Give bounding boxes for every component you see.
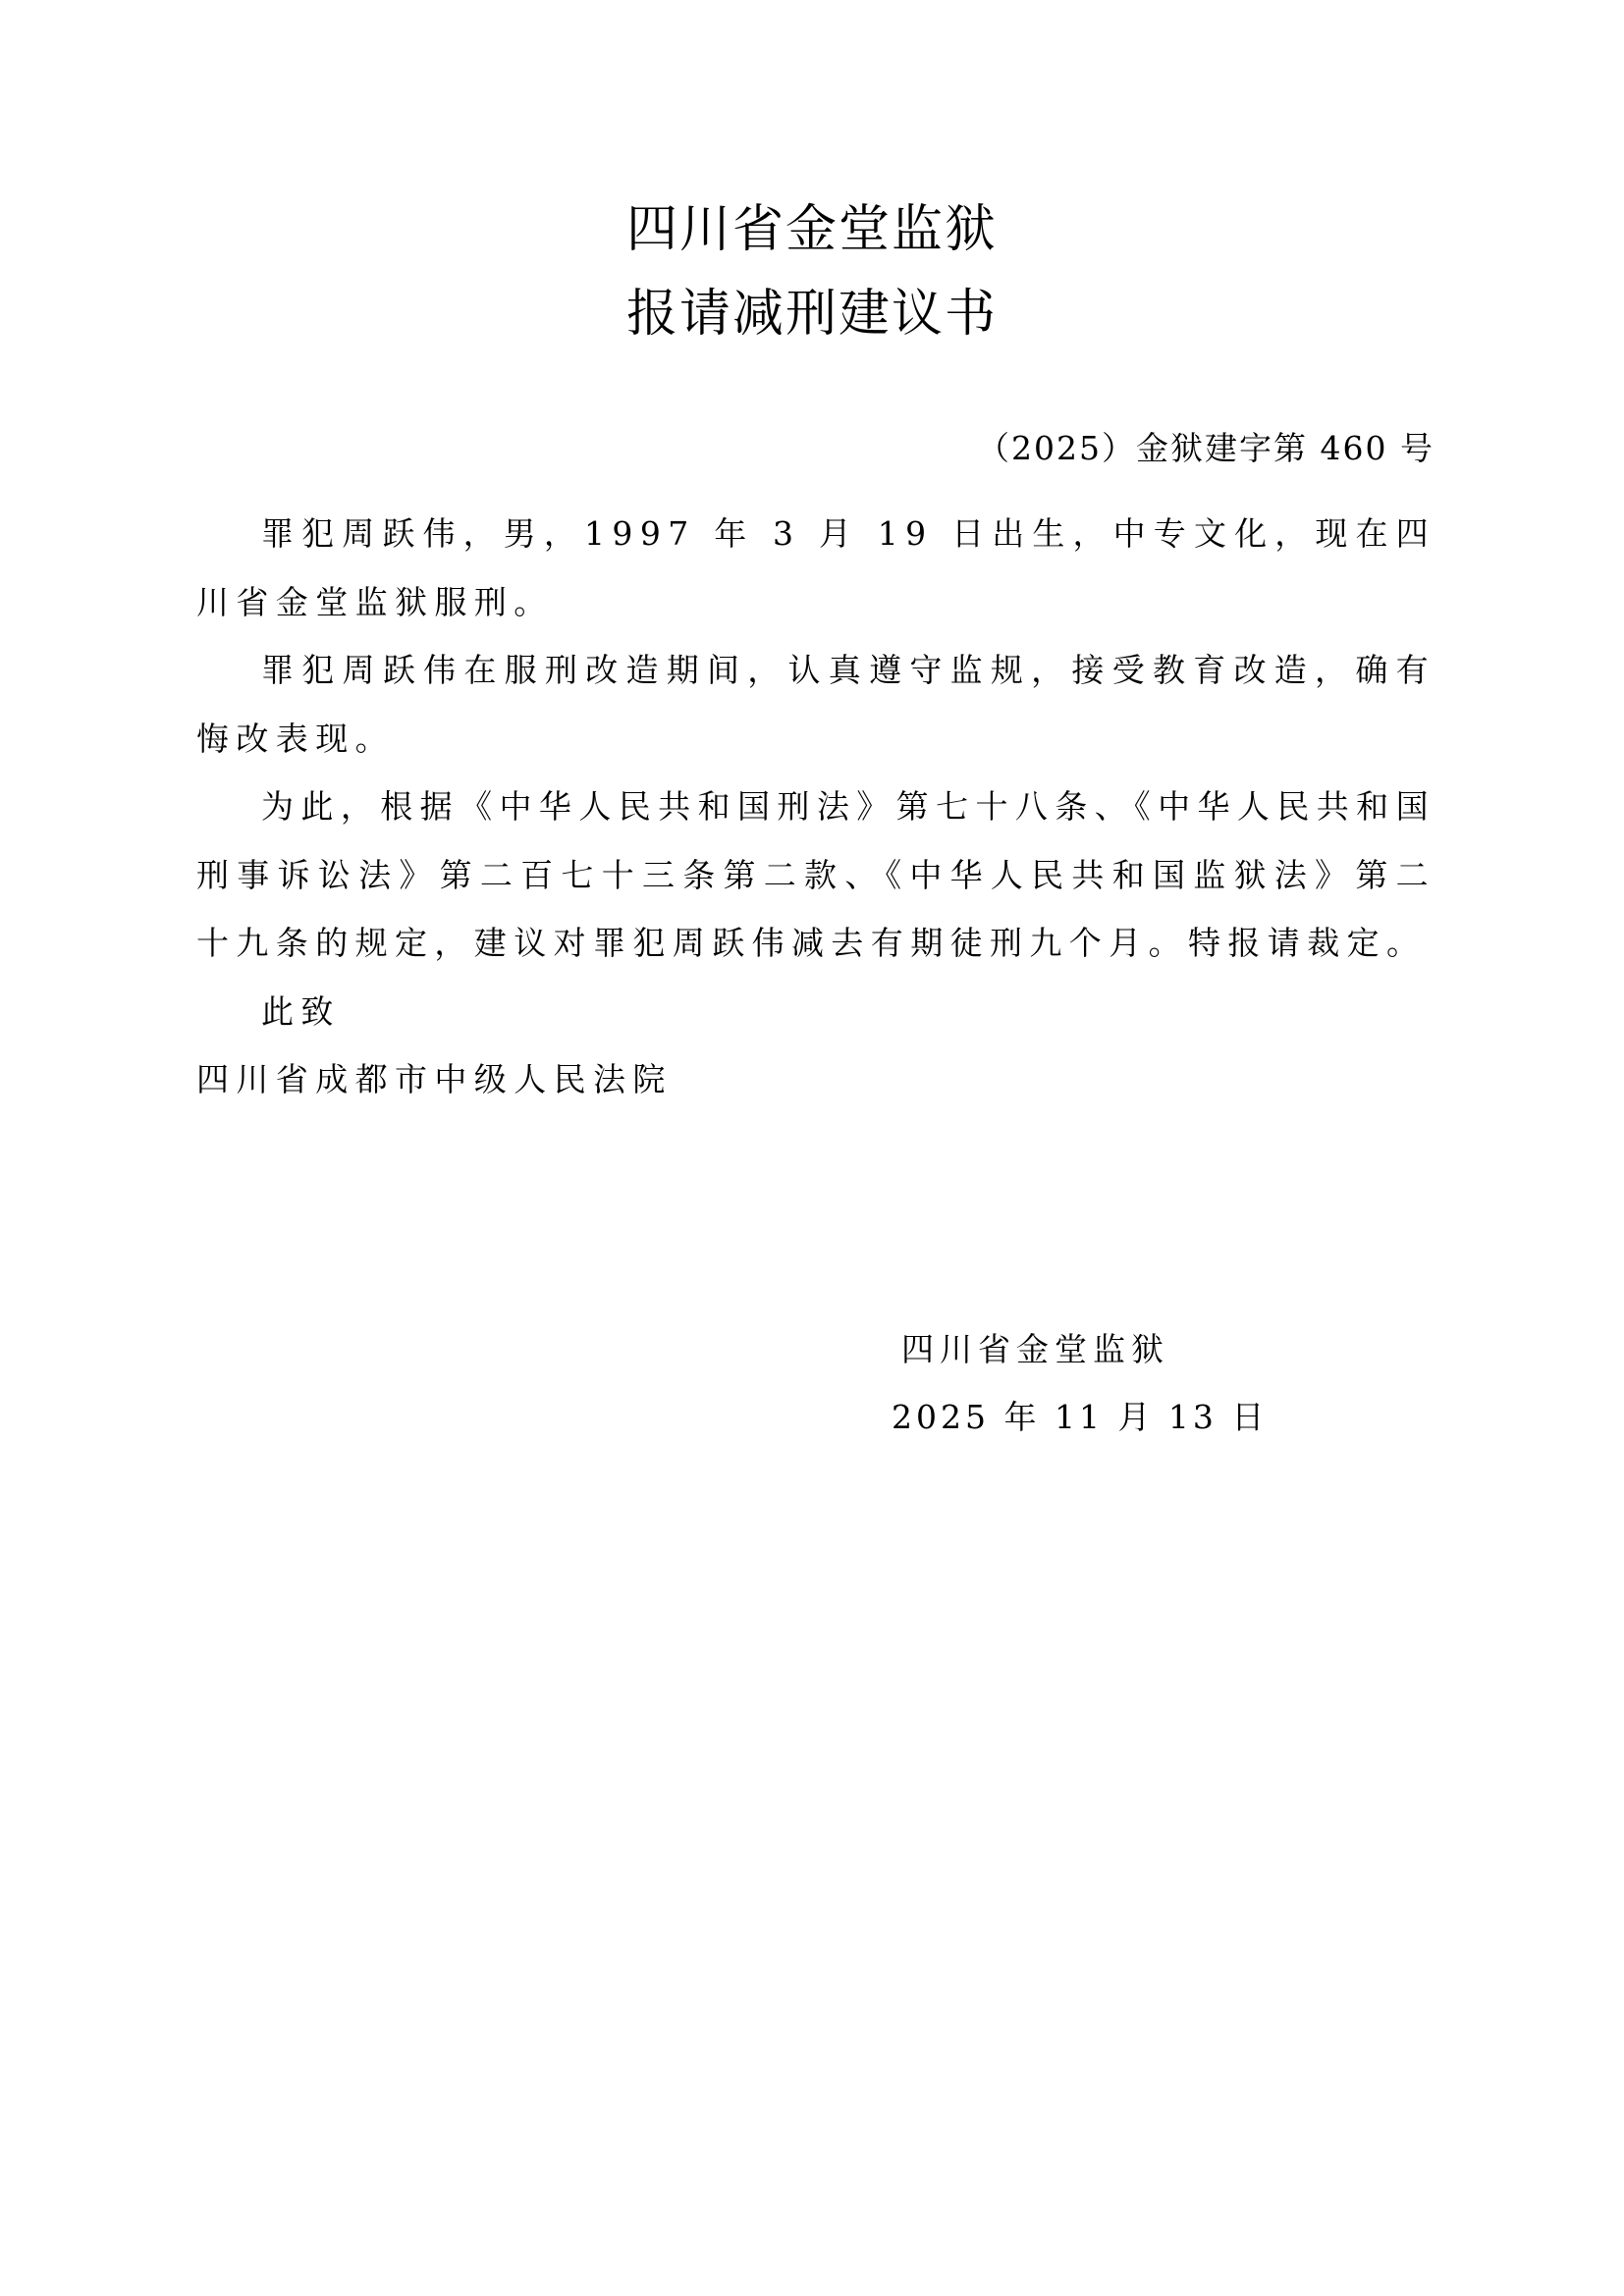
document-number: （2025）金狱建字第 460 号 bbox=[977, 426, 1435, 471]
paragraph-conduct: 罪犯周跃伟在服刑改造期间，认真遵守监规，接受教育改造，确有悔改表现。 bbox=[196, 636, 1435, 773]
document-title-org: 四川省金堂监狱 bbox=[0, 200, 1624, 259]
paragraph-salutation: 此致 bbox=[196, 978, 1435, 1046]
recipient: 四川省成都市中级人民法院 bbox=[196, 1045, 1435, 1114]
document-body: 罪犯周跃伟，男，1997 年 3 月 19 日出生，中专文化，现在四川省金堂监狱… bbox=[196, 500, 1435, 1114]
paragraph-inmate-info: 罪犯周跃伟，男，1997 年 3 月 19 日出生，中专文化，现在四川省金堂监狱… bbox=[196, 500, 1435, 636]
signature-organization: 四川省金堂监狱 bbox=[901, 1327, 1169, 1372]
document-page: 四川省金堂监狱 报请减刑建议书 （2025）金狱建字第 460 号 罪犯周跃伟，… bbox=[0, 0, 1624, 2296]
paragraph-legal-basis: 为此，根据《中华人民共和国刑法》第七十八条、《中华人民共和国刑事诉讼法》第二百七… bbox=[196, 773, 1435, 978]
document-title-type: 报请减刑建议书 bbox=[0, 285, 1624, 344]
signature-date: 2025 年 11 月 13 日 bbox=[892, 1395, 1268, 1440]
